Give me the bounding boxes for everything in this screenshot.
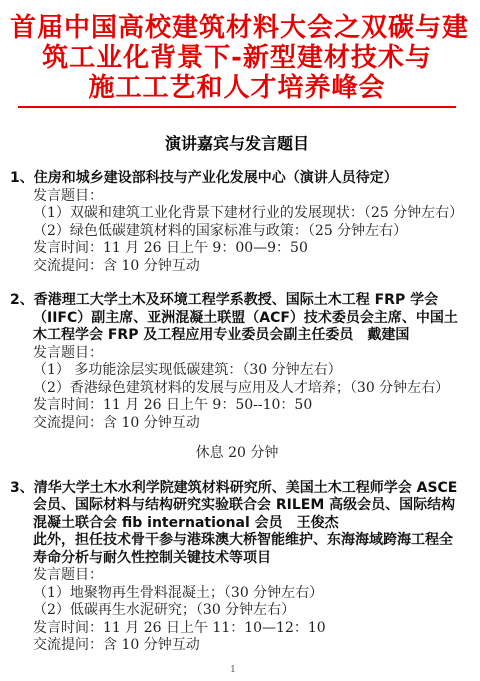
- speaker-section-2: 2、香港理工大学土木及环境工程学系教授、国际土木工程 FRP 学会（IIFC）副…: [10, 292, 464, 432]
- section-2-topic-label: 发言题目：: [33, 345, 464, 363]
- section-1-topic-1: （1）双碳和建筑工业化背景下建材行业的发展现状：（25 分钟左右）: [33, 205, 464, 223]
- conference-title-line-1: 首届中国高校建筑材料大会之双碳与建: [10, 13, 464, 43]
- section-1-topic-2: （2）绿色低碳建筑材料的国家标准与政策：（25 分钟左右）: [33, 223, 464, 241]
- section-3-topic-label: 发言题目：: [33, 567, 464, 585]
- section-3-time: 发言时间：11 月 26 日上午 11：10—12：10: [33, 620, 464, 638]
- break-note: 休息 20 分钟: [10, 445, 464, 463]
- conference-title: 首届中国高校建筑材料大会之双碳与建 筑工业化背景下-新型建材技术与 施工工艺和人…: [10, 13, 464, 103]
- section-2-qa: 交流提问：含 10 分钟互动: [33, 415, 464, 433]
- section-2-topic-1: （1） 多功能涂层实现低碳建筑：（30 分钟左右）: [33, 362, 464, 380]
- agenda-subtitle: 演讲嘉宾与发言题目: [10, 134, 464, 153]
- document-page: 首届中国高校建筑材料大会之双碳与建 筑工业化背景下-新型建材技术与 施工工艺和人…: [0, 0, 480, 681]
- section-2-topic-2: （2）香港绿色建筑材料的发展与应用及人才培养；（30 分钟左右）: [33, 380, 464, 398]
- conference-title-line-3: 施工工艺和人才培养峰会: [10, 73, 464, 103]
- speaker-section-3: 3、清华大学土木水利学院建筑材料研究所、美国土木工程师学会 ASCE 会员、国际…: [10, 480, 464, 655]
- section-1-topic-label: 发言题目：: [33, 188, 464, 206]
- speaker-section-1: 1、住房和城乡建设部科技与产业化发展中心（演讲人员待定） 发言题目： （1）双碳…: [10, 170, 464, 275]
- section-3-heading: 3、清华大学土木水利学院建筑材料研究所、美国土木工程师学会 ASCE 会员、国际…: [10, 480, 464, 533]
- page-number: 1: [0, 665, 466, 675]
- section-2-heading: 2、香港理工大学土木及环境工程学系教授、国际土木工程 FRP 学会（IIFC）副…: [10, 292, 464, 345]
- section-3-extra-note: 此外，担任技术骨干参与港珠澳大桥智能维护、东海海域跨海工程全寿命分析与耐久性控制…: [33, 532, 464, 567]
- section-3-qa: 交流提问：含 10 分钟互动: [33, 637, 464, 655]
- section-3-topic-2: （2）低碳再生水泥研究；（30 分钟左右）: [33, 602, 464, 620]
- section-3-topic-1: （1）地聚物再生骨料混凝土；（30 分钟左右）: [33, 585, 464, 603]
- section-1-time: 发言时间：11 月 26 日上午 9：00—9：50: [33, 240, 464, 258]
- section-1-heading: 1、住房和城乡建设部科技与产业化发展中心（演讲人员待定）: [10, 170, 464, 188]
- section-1-qa: 交流提问：含 10 分钟互动: [33, 258, 464, 276]
- conference-title-line-2: 筑工业化背景下-新型建材技术与: [10, 43, 464, 73]
- title-underline: [18, 106, 456, 108]
- section-2-time: 发言时间：11 月 26 日上午 9：50--10：50: [33, 397, 464, 415]
